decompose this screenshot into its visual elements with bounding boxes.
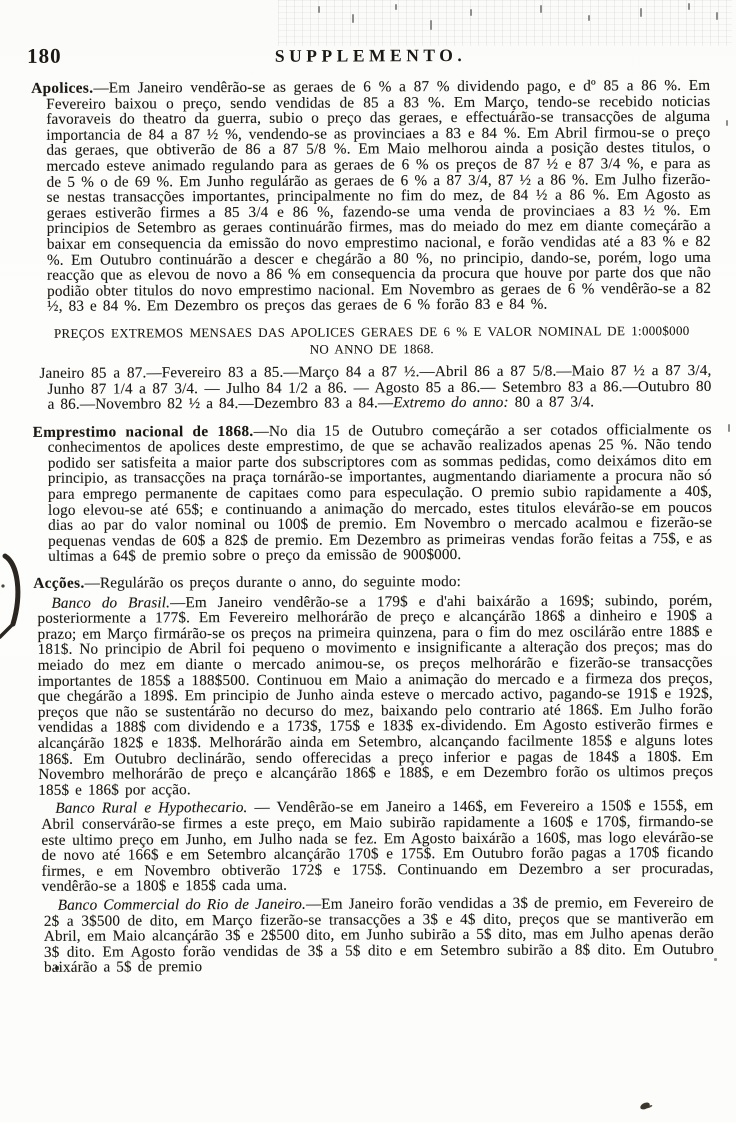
- ink-speck: [430, 20, 432, 30]
- precos-heading-line2: NO ANNO DE 1868.: [32, 339, 711, 359]
- ink-blot: [639, 1102, 650, 1111]
- ink-speck: [395, 4, 397, 10]
- page-header: 180 SUPPLEMENTO.: [31, 44, 710, 72]
- paragraph-monthly-extremes: Janeiro 85 a 87.—Fevereiro 83 a 85.—Març…: [32, 363, 711, 413]
- ink-speck: [318, 6, 320, 13]
- ink-speck: [688, 3, 690, 10]
- extremo-do-anno-value: 80 a 87 3/4.: [509, 394, 595, 411]
- ink-speck: [716, 12, 718, 20]
- accoes-body: —Regulárão os preços durante o anno, do …: [85, 573, 461, 592]
- emprestimo-body: —No dia 15 de Outubro começárão a ser co…: [48, 421, 712, 566]
- ink-speck: [352, 14, 354, 23]
- paragraph-banco-commercial: Banco Commercial do Rio de Janeiro.—Em J…: [44, 895, 714, 976]
- precos-heading-line1: PREÇOS EXTREMOS MENSAES DAS APOLICES GER…: [32, 322, 711, 342]
- paragraph-emprestimo-nacional: Emprestimo nacional de 1868.—No dia 15 d…: [33, 422, 713, 565]
- accoes-lead: Acções.: [33, 575, 84, 592]
- page-number: 180: [27, 44, 62, 69]
- page-title: SUPPLEMENTO.: [275, 45, 466, 67]
- banco-brasil-body: —Em Janeiro vendêrão-se a 179$ e d'ahi b…: [37, 592, 713, 799]
- ink-speck: [588, 15, 590, 21]
- page-content: 180 SUPPLEMENTO. Apolices.—Em Janeiro ve…: [0, 44, 736, 976]
- ink-speck: [640, 8, 642, 17]
- document-page: 180 SUPPLEMENTO. Apolices.—Em Janeiro ve…: [0, 0, 736, 1122]
- paragraph-accoes: Acções.—Regulárão os preços durante o an…: [33, 573, 712, 592]
- ink-speck: [540, 5, 542, 13]
- paragraph-apolices: Apolices.—Em Janeiro vendêrão-se as gera…: [31, 78, 711, 315]
- ink-speck: [470, 9, 472, 16]
- paragraph-banco-rural: Banco Rural e Hypothecario. — Vendêrão-s…: [41, 798, 713, 894]
- extremo-do-anno-label: Extremo do anno:: [393, 394, 509, 412]
- section-heading-precos-extremos: PREÇOS EXTREMOS MENSAES DAS APOLICES GER…: [32, 322, 711, 360]
- bleed-through-noise: [278, 0, 732, 46]
- apolices-body: —Em Janeiro vendêrão-se as geraes de 6 %…: [46, 77, 711, 315]
- monthly-body: Janeiro 85 a 87.—Fevereiro 83 a 85.—Març…: [39, 362, 711, 413]
- paragraph-banco-do-brasil: Banco do Brasil.—Em Janeiro vendêrão-se …: [37, 593, 713, 799]
